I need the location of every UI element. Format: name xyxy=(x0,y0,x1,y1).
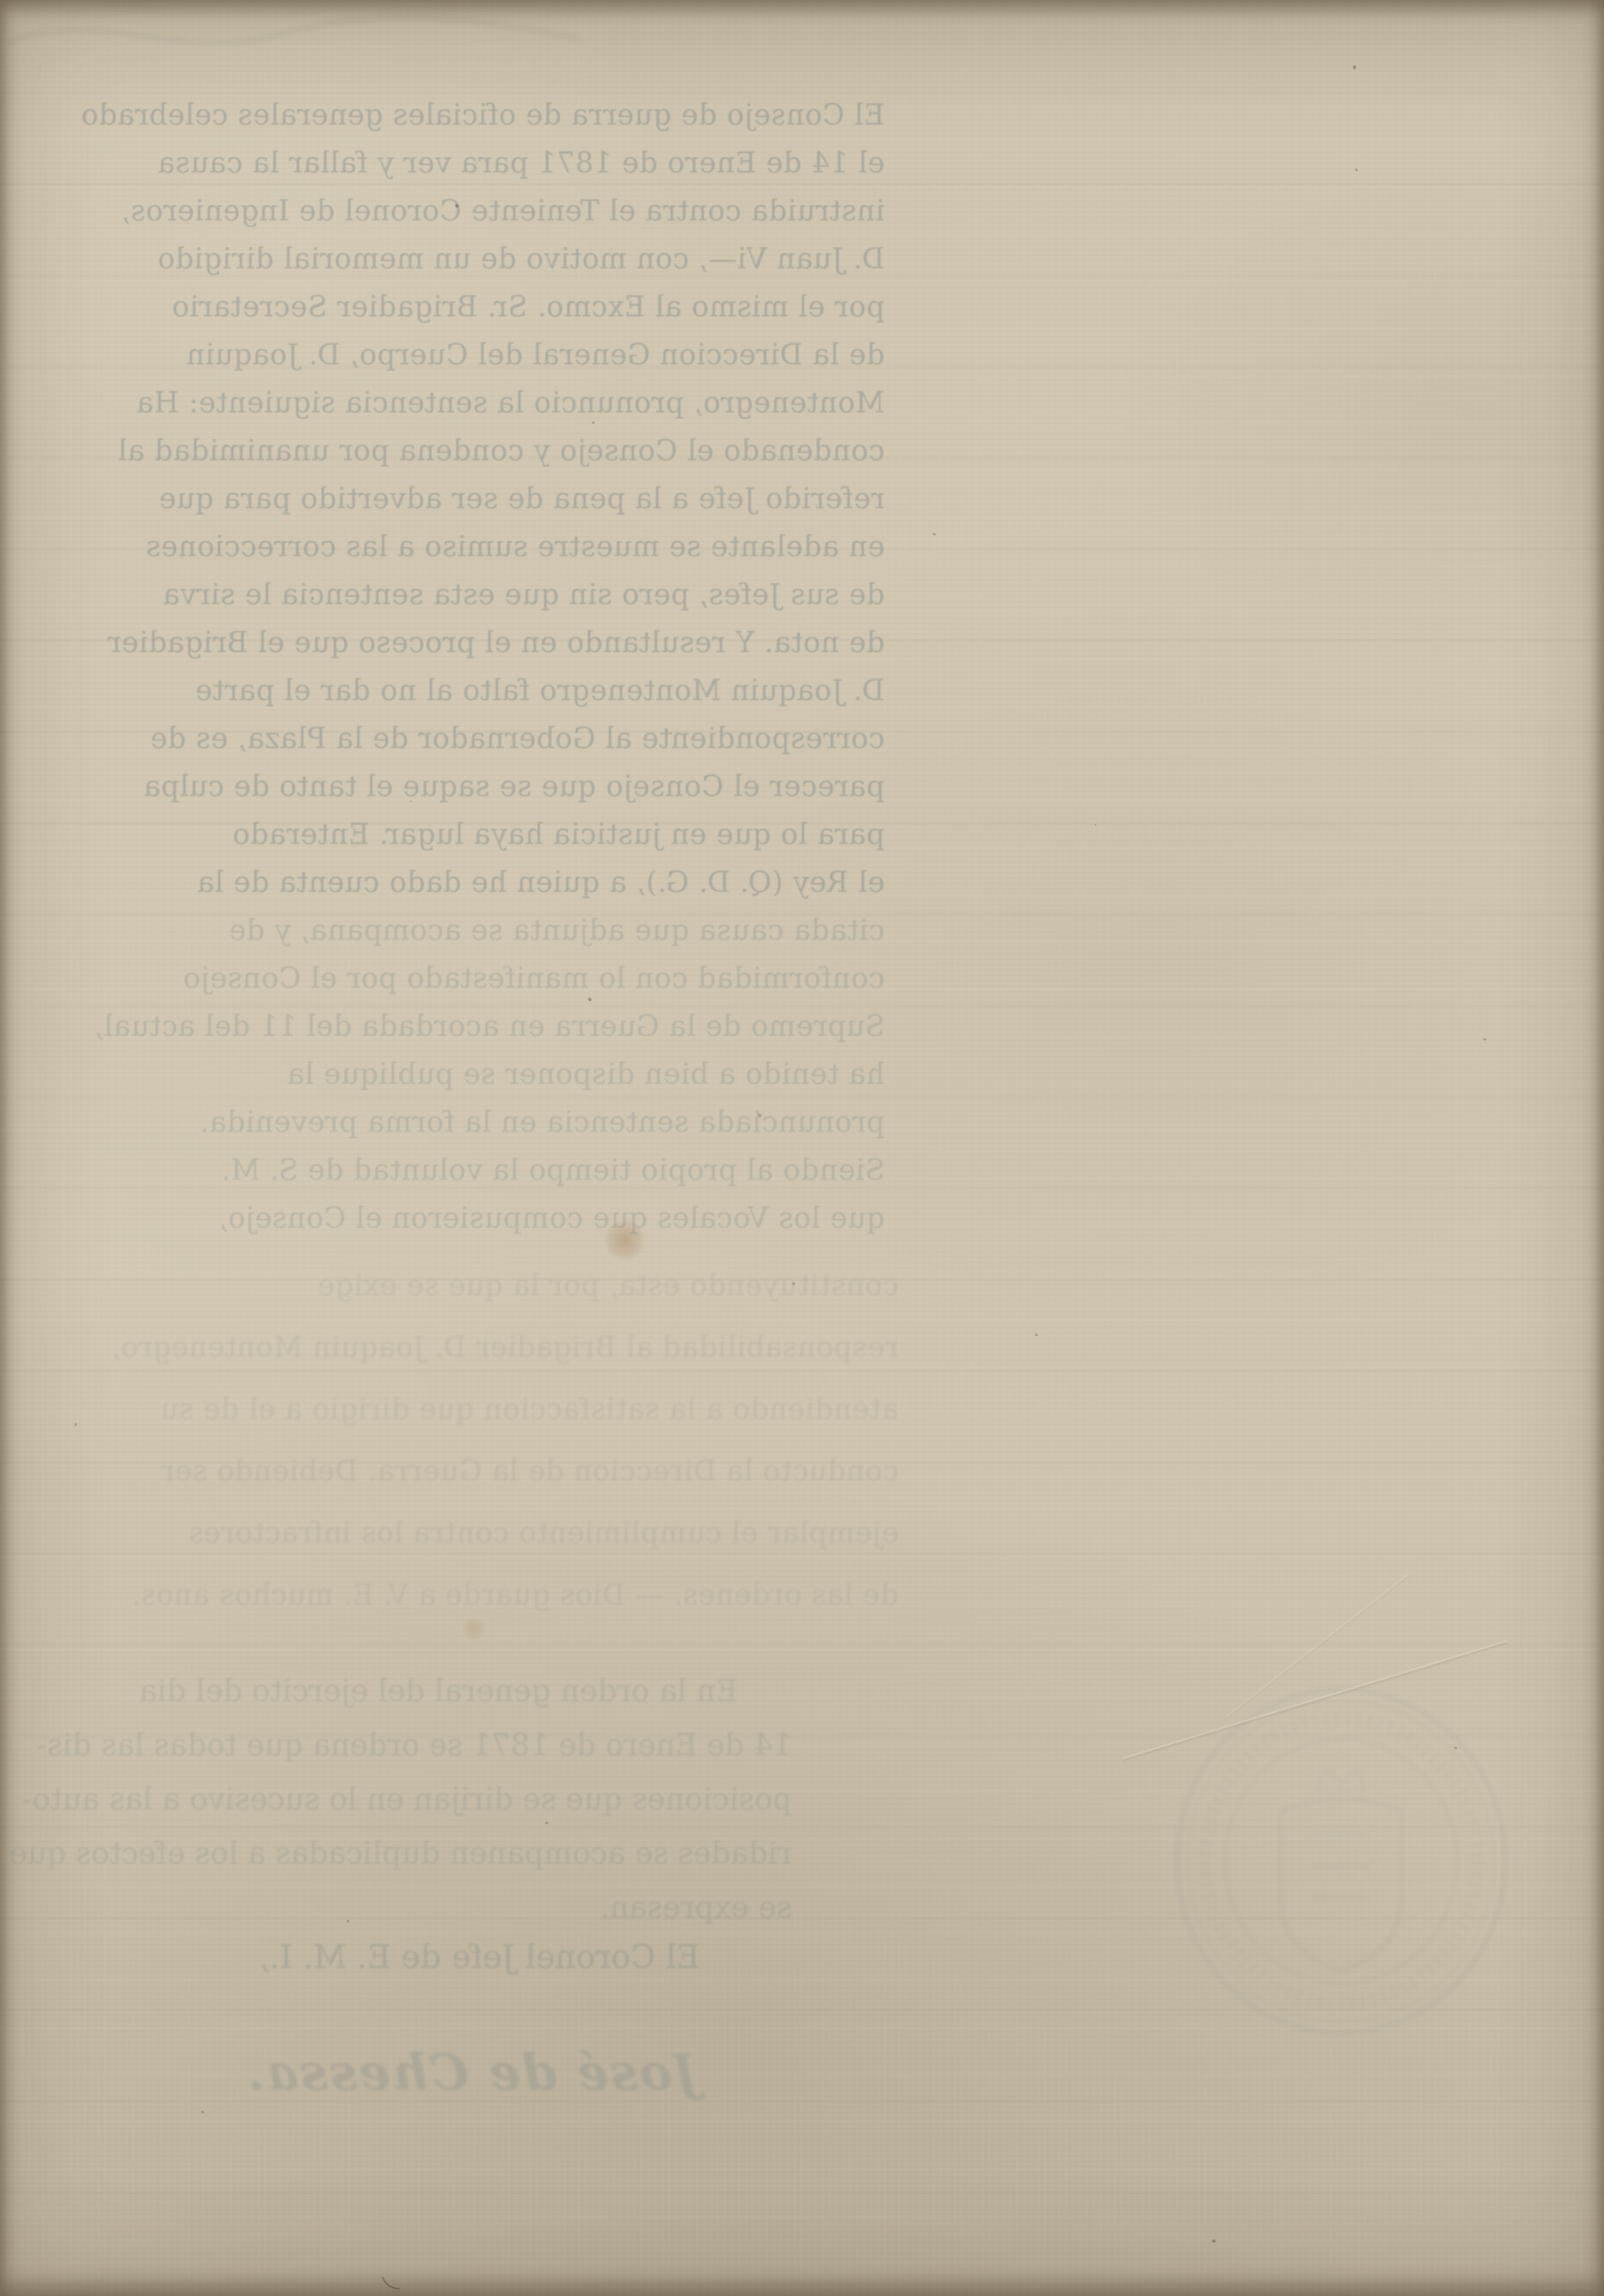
paper-speck xyxy=(1454,1746,1458,1750)
bleedthrough-line: responsabilidad al Brigadier D. Joaquin … xyxy=(179,1317,899,1379)
bleedthrough-line: referido Jefe a la pena de ser advertido… xyxy=(179,475,885,523)
bleedthrough-line: de la Direccion General del Cuerpo, D. J… xyxy=(179,331,885,379)
bleedthrough-line: atendiendo a la satisfaccion que dirigio… xyxy=(179,1379,899,1440)
bleedthrough-line: ha tenido a bien disponer se publique la xyxy=(179,1051,885,1098)
paper-speck xyxy=(1094,823,1096,825)
bleedthrough-line: 14 de Enero de 1871 se ordena que todas … xyxy=(232,1719,792,1773)
bleedthrough-line: El Consejo de guerra de oficiales genera… xyxy=(179,91,885,139)
stain-mark xyxy=(458,1613,489,1644)
bleedthrough-line: se expresan. xyxy=(232,1881,792,1936)
bleedthrough-line: Supremo de la Guerra en acordada del 11 … xyxy=(179,1003,885,1051)
paper-speck xyxy=(545,1822,548,1824)
bleedthrough-line: pronunciada sentencia en la forma preven… xyxy=(179,1098,885,1146)
seal-ring-text xyxy=(1205,1719,1477,2004)
paper-speck xyxy=(1355,168,1359,172)
paper-speck xyxy=(346,1919,350,1923)
paper-speck xyxy=(757,1112,763,1117)
paper-speck xyxy=(1353,65,1356,69)
bleedthrough-line: Montenegro, pronuncio la sentencia sigui… xyxy=(179,379,885,427)
paper-speck xyxy=(670,732,672,734)
bleedthrough-line: condenado el Consejo y condena por unani… xyxy=(179,427,885,475)
paper-speck xyxy=(587,997,592,1002)
bleedthrough-line: conducto la Direccion de la Guerra. Debi… xyxy=(179,1440,899,1502)
bleedthrough-mid-paragraph: citada causa que adjunta se acompana, y … xyxy=(179,907,885,1242)
bleedthrough-line: citada causa que adjunta se acompana, y … xyxy=(179,907,885,955)
paper-speck xyxy=(74,1423,77,1426)
paper-speck xyxy=(311,596,314,600)
bleedthrough-line: para lo que en justicia haya lugar. Ente… xyxy=(179,811,885,859)
bleedthrough-closing-paragraph: En la orden general del ejercito del dia… xyxy=(232,1665,792,1936)
bleedthrough-line: de sus Jefes, pero sin que esta sentenci… xyxy=(179,571,885,619)
bleedthrough-main-paragraph: El Consejo de guerra de oficiales genera… xyxy=(179,91,885,907)
paper-speck xyxy=(455,203,459,208)
bleedthrough-ghost-paragraph: constituyendo esta, por la que se exiger… xyxy=(179,1255,899,1626)
bleedthrough-line: ridades se acompanen duplicadas a los ef… xyxy=(232,1827,792,1881)
bleedthrough-line: por el mismo al Excmo. Sr. Brigadier Sec… xyxy=(179,283,885,331)
bleedthrough-line: ejemplar el cumplimiento contra los infr… xyxy=(179,1502,899,1564)
bleedthrough-line: el 14 de Enero de 1871 para ver y fallar… xyxy=(179,139,885,187)
paper-speck xyxy=(201,2110,205,2114)
bleedthrough-line: posiciones que se dirijan en lo sucesivo… xyxy=(232,1773,792,1827)
bleedthrough-line: Siendo al propio tiempo la voluntad de S… xyxy=(179,1146,885,1194)
bleedthrough-line: conformidad con lo manifestado por el Co… xyxy=(179,955,885,1003)
paper-speck xyxy=(410,800,412,803)
bleedthrough-signature-role: El Coronel Jefe de E. M. I., xyxy=(255,1938,704,1976)
bleedthrough-line: En la orden general del ejercito del dia xyxy=(232,1665,792,1719)
document-page: El Consejo de guerra de oficiales genera… xyxy=(0,0,1604,2296)
paper-speck xyxy=(1212,2240,1216,2243)
seal-stamp-impression xyxy=(1165,1680,1517,2042)
bleedthrough-line: en adelante se muestre sumiso a las corr… xyxy=(179,523,885,571)
bleedthrough-signature-name: José de Chessa. xyxy=(232,2044,712,2102)
signature-flourish-ghost xyxy=(0,0,588,70)
bleedthrough-line: instruida contra el Teniente Coronel de … xyxy=(179,187,885,235)
paper-speck xyxy=(933,532,937,536)
stain-mark xyxy=(598,1213,652,1267)
paper-speck xyxy=(1483,1038,1486,1041)
bleedthrough-line: correspondiente al Gobernador de la Plaz… xyxy=(179,715,885,763)
bleedthrough-line: el Rey (Q. D. G.), a quien he dado cuent… xyxy=(179,859,885,907)
bleedthrough-line: parecer el Consejo que se saque el tanto… xyxy=(179,763,885,811)
paper-crease-secondary xyxy=(1226,1573,1411,1719)
bleedthrough-line: de nota. Y resultando en el proceso que … xyxy=(179,619,885,667)
bleedthrough-line: D. Juan Vi—, con motivo de un memorial d… xyxy=(179,235,885,283)
bleedthrough-line: de las ordenes. — Dios guarde a V. E. mu… xyxy=(179,1564,899,1626)
paper-speck xyxy=(792,1283,795,1285)
paper-speck xyxy=(1035,1333,1039,1336)
bleedthrough-line: constituyendo esta, por la que se exige xyxy=(179,1255,899,1317)
bleedthrough-line: que los Vocales que compusieron el Conse… xyxy=(179,1194,885,1242)
seal-crown xyxy=(1316,1770,1366,1790)
bleedthrough-line: D. Joaquin Montenegro falto al no dar el… xyxy=(179,667,885,715)
paper-fiber xyxy=(377,2259,414,2294)
paper-crease xyxy=(1122,1640,1508,1761)
paper-speck xyxy=(592,421,596,425)
